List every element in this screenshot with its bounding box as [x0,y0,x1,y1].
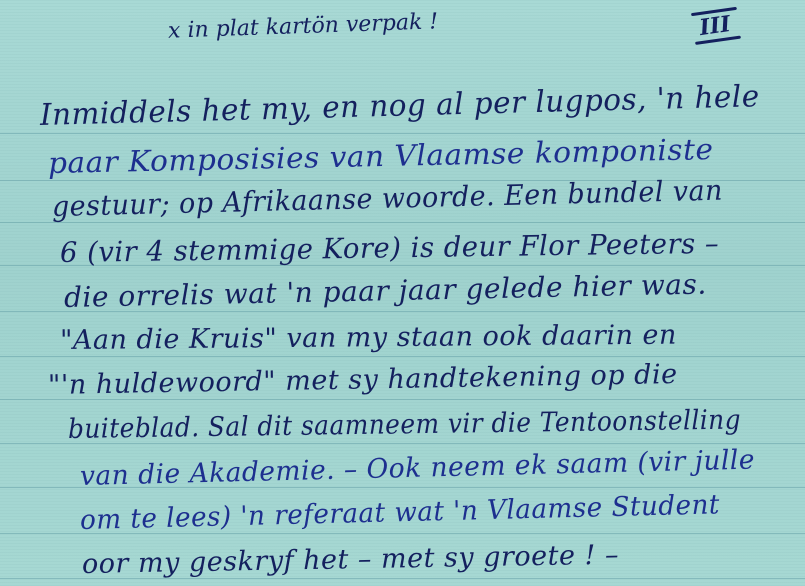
letter-line-2: paar Komposisies van Vlaamse komponiste [48,132,714,180]
ruled-line [0,222,805,223]
letter-line-8: buiteblad. Sal dit saamneem vir die Tent… [68,405,741,445]
ruled-line [0,356,805,357]
header-note: x in plat kartön verpak ! [168,9,439,43]
letter-line-3: gestuur; op Afrikaanse woorde. Een bunde… [52,174,724,223]
letter-line-11: oor my geskryf het – met sy groete ! – [82,540,619,580]
letter-line-9: van die Akademie. – Ook neem ek saam (vi… [80,445,756,492]
letter-line-7: "'n huldewoord" met sy handtekening op d… [48,359,678,401]
letter-line-6: "Aan die Kruis" van my staan ook daarin … [60,320,677,356]
letter-line-1: Inmiddels het my, en nog al per lugpos, … [40,79,761,133]
letter-line-5: die orrelis wat 'n paar jaar gelede hier… [64,268,707,314]
letter-line-10: om te lees) 'n referaat wat 'n Vlaamse S… [80,489,721,536]
letter-line-4: 6 (vir 4 stemmige Kore) is deur Flor Pee… [60,227,720,269]
page-number: III [691,5,740,47]
letter-page: x in plat kartön verpak ! III Inmiddels … [0,0,805,586]
